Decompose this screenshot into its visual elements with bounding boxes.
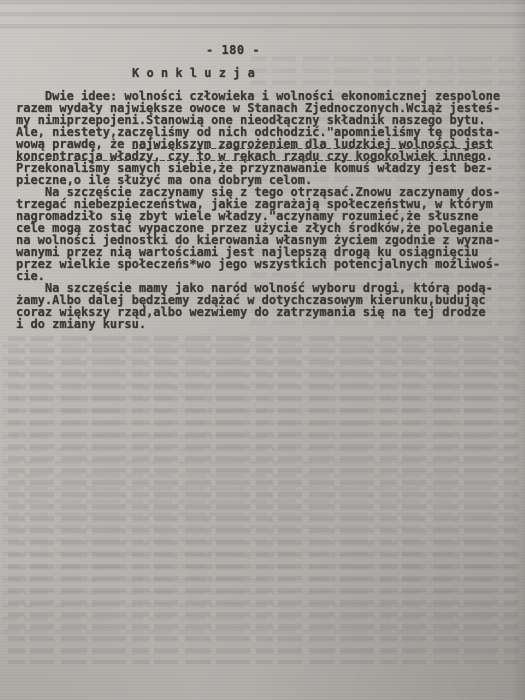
text-segment: przez wielkie społeczeńs*wo jego wszystk… (16, 257, 500, 271)
typewritten-content: - 180 - K o n k l u z j a Dwie idee: wol… (0, 0, 525, 700)
scanned-document-page: - 180 - K o n k l u z j a Dwie idee: wol… (0, 0, 525, 700)
paragraph-line: przez wielkie społeczeńs*wo jego wszystk… (16, 258, 512, 270)
page-number: - 180 - (206, 44, 260, 56)
section-heading: K o n k l u z j a (132, 67, 255, 79)
body-text: Dwie idee: wolności człowieka i wolności… (16, 90, 512, 330)
paragraph-line: i do zmiany kursu. (16, 318, 512, 330)
text-segment: i do zmiany kursu. (16, 317, 146, 331)
